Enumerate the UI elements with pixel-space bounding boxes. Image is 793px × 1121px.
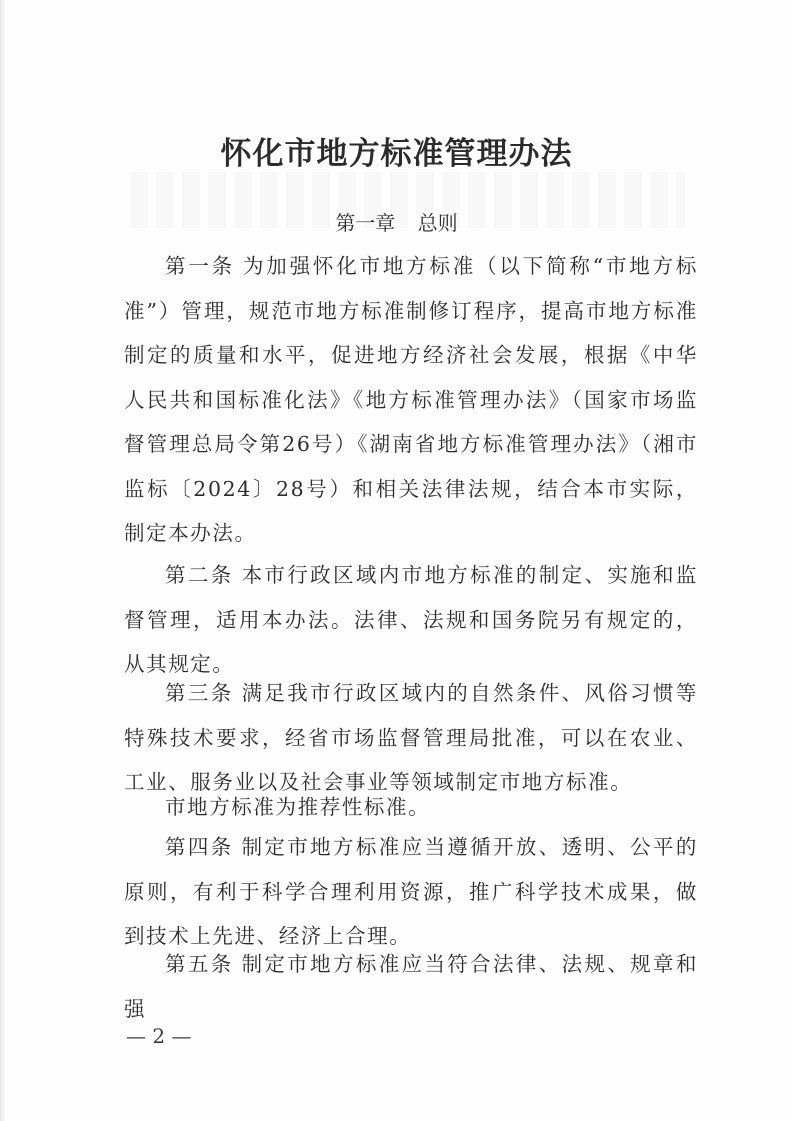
paragraph: 市地方标准为推荐性标准。	[124, 785, 698, 830]
article-text: 市地方标准为推荐性标准。	[165, 795, 430, 819]
article-5: 第五条制定市地方标准应当符合法律、法规、规章和强	[124, 942, 698, 1031]
paragraph: 第五条制定市地方标准应当符合法律、法规、规章和强	[124, 942, 698, 1031]
chapter-heading: 第一章 总则	[0, 207, 793, 236]
article-4: 第四条制定市地方标准应当遵循开放、透明、公平的原则，有利于科学合理利用资源，推广…	[124, 825, 698, 959]
article-number: 第一条	[165, 254, 235, 278]
document-title: 怀化市地方标准管理办法	[0, 128, 793, 173]
chapter-label: 第一章	[335, 211, 395, 235]
paragraph: 第四条制定市地方标准应当遵循开放、透明、公平的原则，有利于科学合理利用资源，推广…	[124, 825, 698, 959]
article-number: 第四条	[165, 835, 234, 859]
article-2: 第二条本市行政区域内市地方标准的制定、实施和监督管理，适用本办法。法律、法规和国…	[124, 553, 698, 687]
article-number: 第三条	[165, 681, 234, 705]
page-number: — 2 —	[126, 1024, 191, 1048]
article-number: 第五条	[165, 952, 234, 976]
article-3-note: 市地方标准为推荐性标准。	[124, 785, 698, 830]
paragraph: 第一条为加强怀化市地方标准（以下简称“市地方标准”）管理，规范市地方标准制修订程…	[124, 244, 698, 556]
article-1: 第一条为加强怀化市地方标准（以下简称“市地方标准”）管理，规范市地方标准制修订程…	[124, 244, 698, 556]
article-text: 为加强怀化市地方标准（以下简称“市地方标准”）管理，规范市地方标准制修订程序，提…	[124, 254, 698, 545]
paragraph: 第二条本市行政区域内市地方标准的制定、实施和监督管理，适用本办法。法律、法规和国…	[124, 553, 698, 687]
document-page: 怀化市地方标准管理办法 第一章 总则 第一条为加强怀化市地方标准（以下简称“市地…	[0, 0, 793, 1121]
chapter-name: 总则	[418, 211, 458, 235]
article-number: 第二条	[165, 563, 234, 587]
